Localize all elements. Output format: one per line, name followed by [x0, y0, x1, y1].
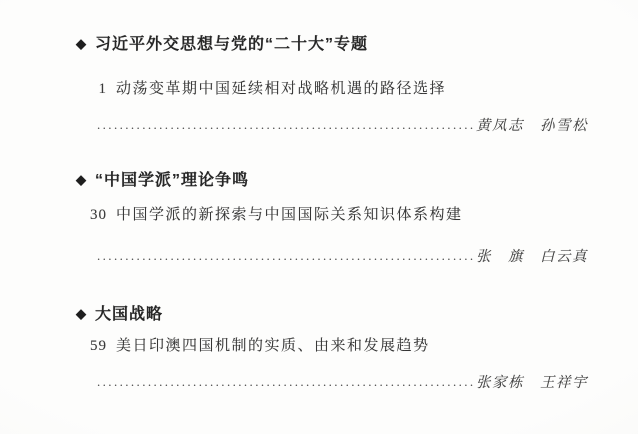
section-title: 大国战略: [95, 301, 163, 324]
article-authors-line: ........................................…: [97, 114, 588, 135]
dot-leader: ........................................…: [97, 117, 474, 133]
article-entry: 1 动荡变革期中国延续相对战略机遇的路径选择: [87, 77, 588, 98]
article-authors: 黄凤志 孙雪松: [476, 114, 588, 135]
section-title: 习近平外交思想与党的“二十大”专题: [95, 31, 368, 54]
section-title: “中国学派”理论争鸣: [95, 167, 249, 190]
article-page-number: 1: [87, 81, 107, 98]
article-title: 美日印澳四国机制的实质、由来和发展趋势: [116, 334, 430, 355]
article-title: 中国学派的新探索与中国国际关系知识体系构建: [116, 203, 463, 224]
diamond-bullet-icon: ◆: [76, 36, 87, 52]
article-authors: 张家栋 王祥宇: [476, 371, 588, 392]
dot-leader: ........................................…: [97, 374, 474, 390]
article-page-number: 30: [87, 207, 107, 224]
journal-toc-page: ◆ 习近平外交思想与党的“二十大”专题 1 动荡变革期中国延续相对战略机遇的路径…: [0, 0, 638, 434]
article-authors: 张 旗 白云真: [476, 245, 588, 266]
article-authors-line: ........................................…: [97, 371, 588, 392]
article-authors-line: ........................................…: [97, 245, 588, 266]
article-entry: 59 美日印澳四国机制的实质、由来和发展趋势: [87, 334, 588, 355]
diamond-bullet-icon: ◆: [76, 172, 87, 188]
section-header: ◆ “中国学派”理论争鸣: [76, 167, 588, 190]
article-title: 动荡变革期中国延续相对战略机遇的路径选择: [116, 77, 446, 98]
dot-leader: ........................................…: [97, 248, 474, 264]
section-header: ◆ 大国战略: [76, 301, 588, 324]
diamond-bullet-icon: ◆: [76, 306, 87, 322]
article-page-number: 59: [87, 338, 107, 355]
section-header: ◆ 习近平外交思想与党的“二十大”专题: [76, 31, 588, 54]
article-entry: 30 中国学派的新探索与中国国际关系知识体系构建: [87, 203, 588, 224]
